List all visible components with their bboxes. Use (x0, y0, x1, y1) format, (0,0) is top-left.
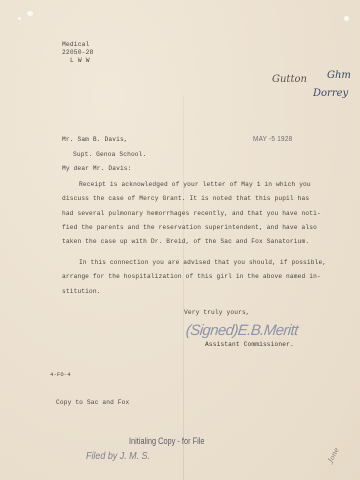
handwritten-note-gutton: Gutton (272, 74, 307, 85)
paragraph-1-line: had several pulmonary hemorrhages recent… (62, 210, 321, 217)
paragraph-1-line: taken the case up with Dr. Breid, of the… (62, 238, 309, 245)
salutation: My dear Mr. Davis: (62, 165, 132, 172)
addressee-title: Supt. Genoa School. (73, 151, 146, 158)
paragraph-1-line: discuss the case of Mercy Grant. It is n… (62, 195, 309, 202)
paragraph-2-line: arrange for the hospitalization of this … (62, 273, 321, 280)
addressee-name: Mr. Sam B. Davis, (62, 136, 128, 143)
paragraph-1-line: fied the parents and the reservation sup… (62, 224, 317, 231)
closing: Very truly yours, (184, 309, 250, 316)
file-code: 4-FO-4 (50, 371, 71, 378)
paragraph-1-line: Receipt is acknowledged of your letter o… (79, 181, 311, 188)
reference-dept: Medical (62, 41, 90, 48)
handwritten-note-dorrey: Dorrey (313, 88, 348, 99)
paper-tear (344, 16, 349, 21)
date-stamp: MAY -5 1928 (253, 134, 292, 143)
paragraph-2-line: stitution. (62, 288, 101, 295)
signature-stamp: (Signed)E.B.Meritt (185, 322, 299, 339)
paragraph-2-line: In this connection you are advised that … (79, 259, 326, 266)
paper-tear (18, 17, 21, 20)
reference-number: 22050-28 (62, 49, 93, 56)
paper-fold-line (183, 95, 184, 480)
filed-by-stamp: Filed by J. M. S. (86, 450, 150, 462)
signer-title: Assistant Commissioner. (205, 341, 294, 348)
copy-note: Copy to Sac and Fox (56, 399, 129, 406)
handwritten-note-ghm: Ghm (327, 70, 351, 81)
paper-tear (27, 11, 33, 16)
initialing-copy-stamp: Initialing Copy - for File (129, 436, 204, 446)
reference-initials: L W W (70, 57, 90, 64)
